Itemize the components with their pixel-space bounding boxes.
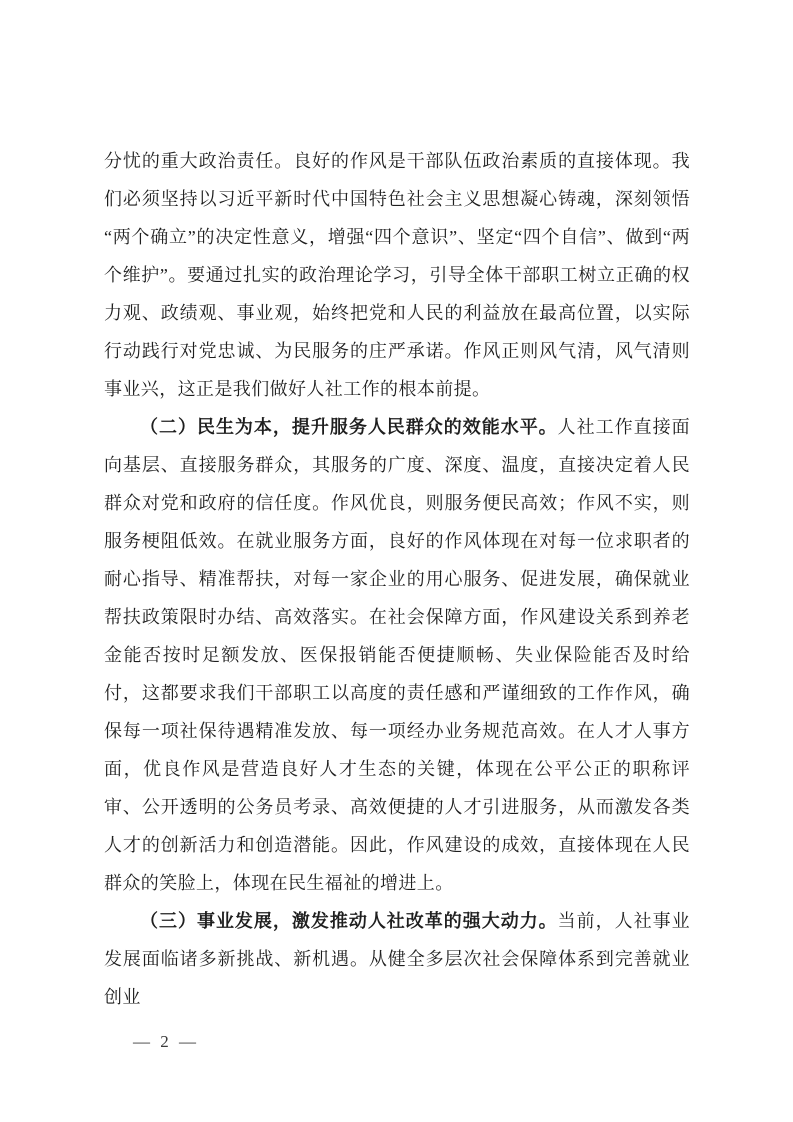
paragraph-text: 人社工作直接面向基层、直接服务群众，其服务的广度、深度、温度，直接决定着人民群众… — [104, 417, 690, 893]
paragraph: （二）民生为本，提升服务人民群众的效能水平。人社工作直接面向基层、直接服务群众，… — [104, 408, 690, 902]
page-number: — 2 — — [133, 1031, 199, 1053]
document-page: 分忧的重大政治责任。良好的作风是干部队伍政治素质的直接体现。我们必须坚持以习近平… — [0, 0, 793, 1122]
document-body: 分忧的重大政治责任。良好的作风是干部队伍政治素质的直接体现。我们必须坚持以习近平… — [104, 142, 690, 1016]
section-heading-3: （三）事业发展，激发推动人社改革的强大动力。 — [140, 911, 558, 931]
paragraph: （三）事业发展，激发推动人社改革的强大动力。当前，人社事业发展面临诸多新挑战、新… — [104, 902, 690, 1016]
paragraph: 分忧的重大政治责任。良好的作风是干部队伍政治素质的直接体现。我们必须坚持以习近平… — [104, 142, 690, 408]
section-heading-2: （二）民生为本，提升服务人民群众的效能水平。 — [140, 417, 558, 437]
paragraph-text: 分忧的重大政治责任。良好的作风是干部队伍政治素质的直接体现。我们必须坚持以习近平… — [104, 151, 690, 399]
